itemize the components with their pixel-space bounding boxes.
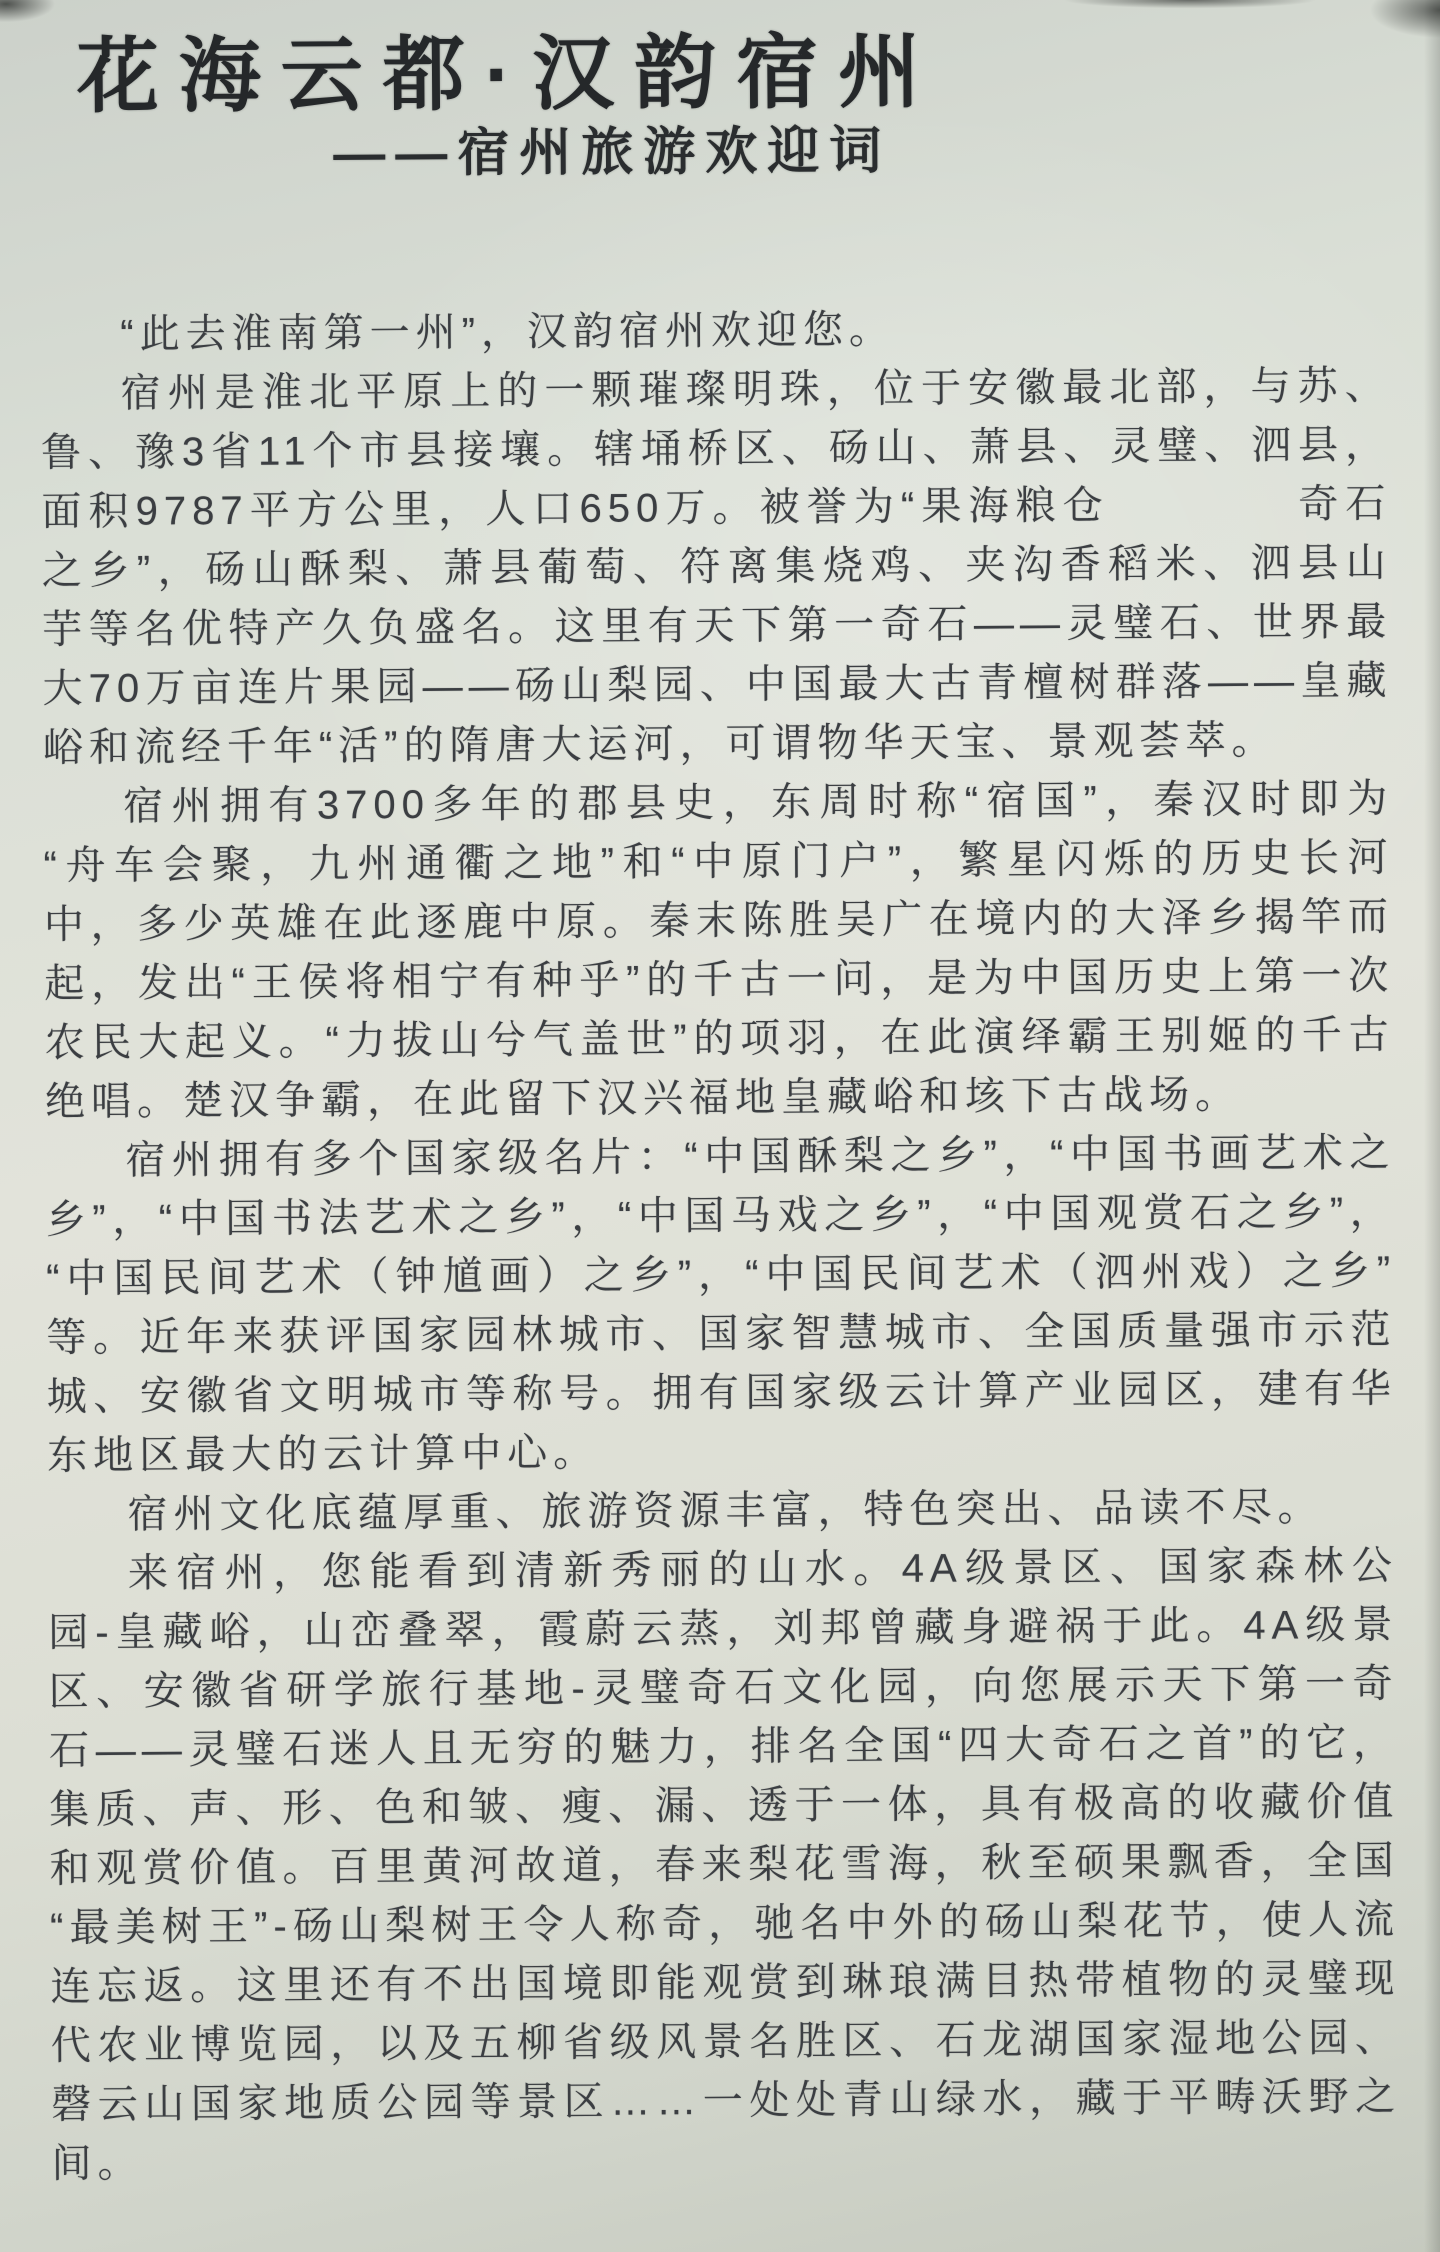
photographed-document-page: 花海云都·汉韵宿州 ——宿州旅游欢迎词 “此去淮南第一州”，汉韵宿州欢迎您。 宿… — [0, 0, 1440, 2252]
paragraph-culture-summary: 宿州文化底蕴厚重、旅游资源丰富，特色突出、品读不尽。 — [47, 1478, 1397, 1545]
document-content: 花海云都·汉韵宿州 ——宿州旅游欢迎词 “此去淮南第一州”，汉韵宿州欢迎您。 宿… — [0, 0, 1440, 2194]
paragraph-scenic-spots: 来宿州，您能看到清新秀丽的山水。4A级景区、国家森林公园-皇藏峪，山峦叠翠，霞蔚… — [48, 1537, 1402, 2194]
paragraph-national-titles: 宿州拥有多个国家级名片：“中国酥梨之乡”，“中国书画艺术之乡”，“中国书法艺术之… — [45, 1124, 1397, 1486]
document-body: “此去淮南第一州”，汉韵宿州欢迎您。 宿州是淮北平原上的一颗璀璨明珠，位于安徽最… — [40, 298, 1402, 2194]
paragraph-overview: 宿州是淮北平原上的一颗璀璨明珠，位于安徽最北部，与苏、鲁、豫3省11个市县接壤。… — [41, 357, 1393, 778]
paragraph-greeting: “此去淮南第一州”，汉韵宿州欢迎您。 — [40, 298, 1390, 365]
paragraph-history: 宿州拥有3700多年的郡县史，东周时称“宿国”，秦汉时即为“舟车会聚，九州通衢之… — [43, 770, 1395, 1132]
